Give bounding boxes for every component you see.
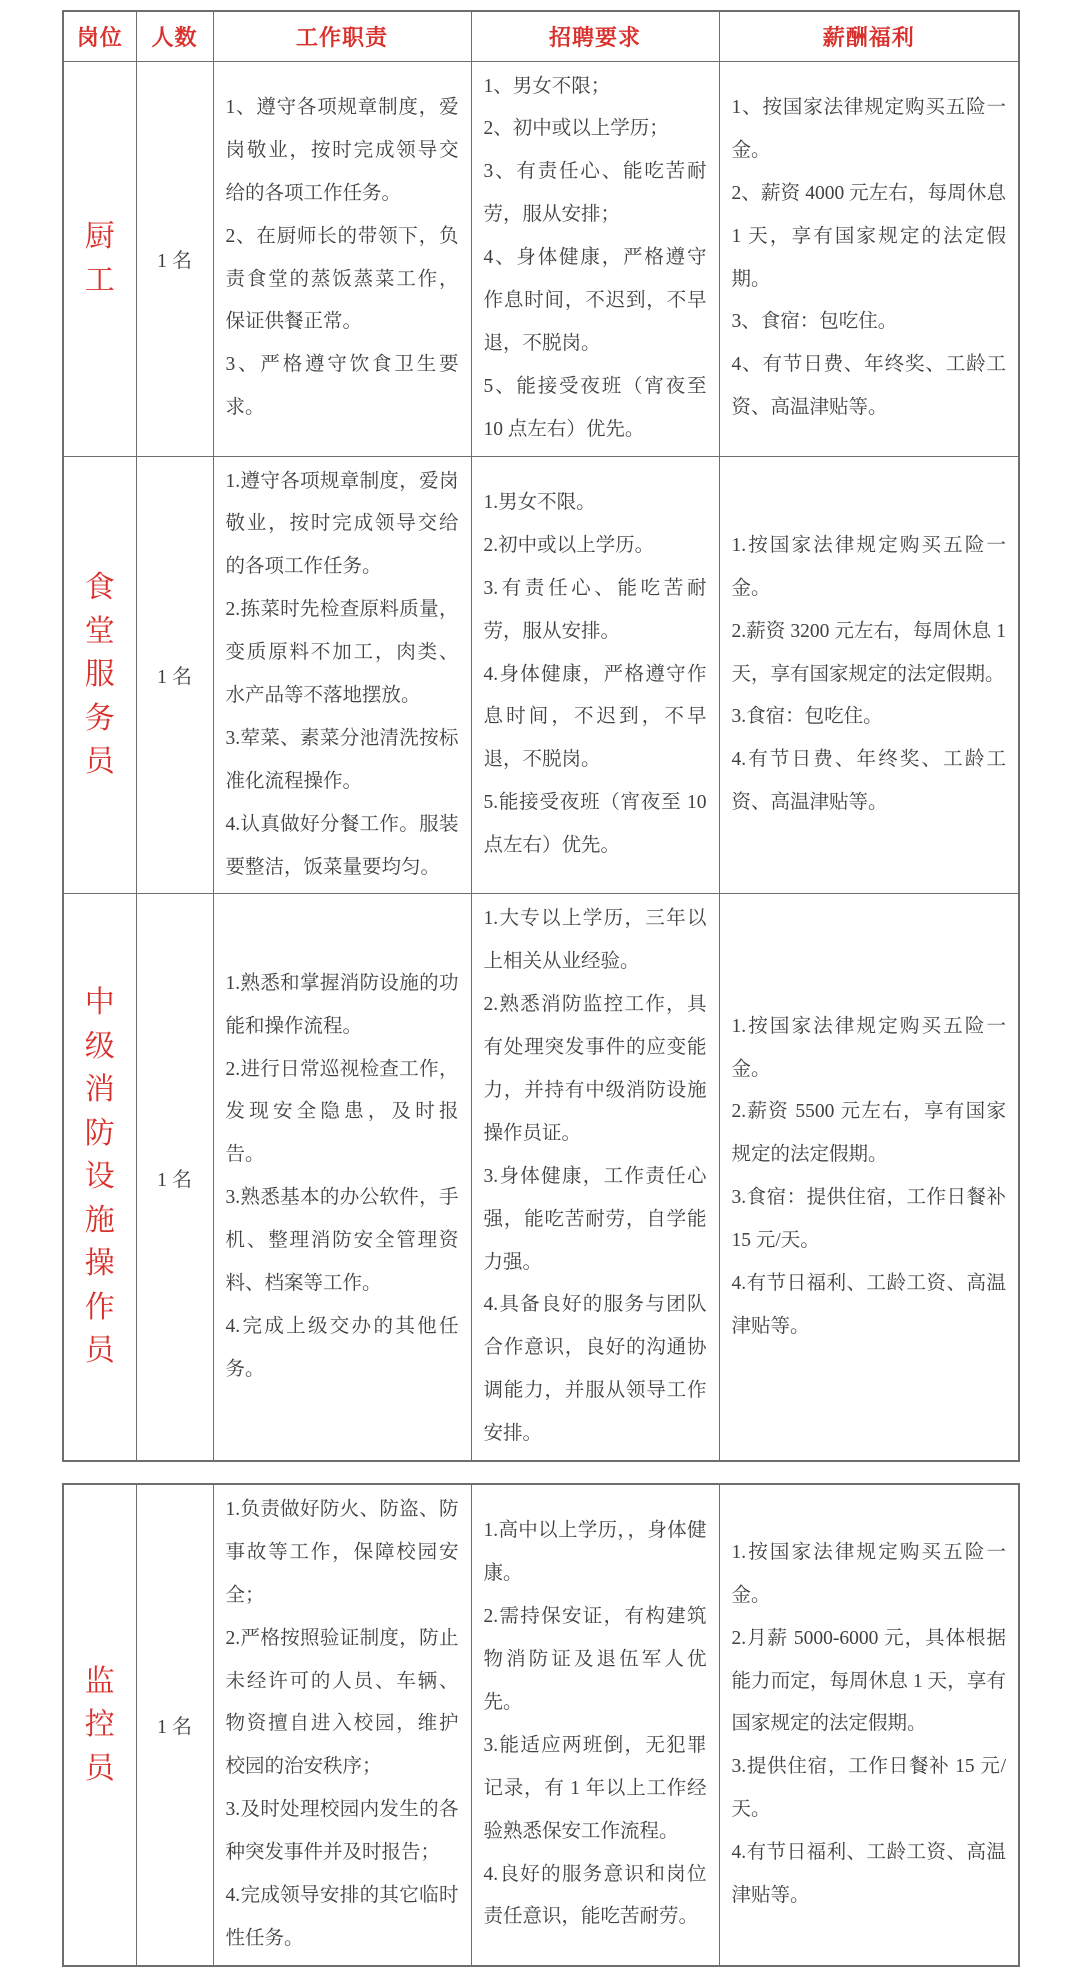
position-cell: 监控员 (63, 1484, 136, 1966)
cell-paragraph: 3.提供住宿，工作日餐补 15 元/天。 (732, 1746, 1007, 1832)
benefits-cell: 1.按国家法律规定购买五险一金。2.薪资 3200 元左右，每周休息 1 天，享… (719, 456, 1019, 894)
cell-paragraph: 2、薪资 4000 元左右，每周休息 1 天，享有国家规定的法定假期。 (732, 173, 1007, 302)
cell-paragraph: 2.薪资 3200 元左右，每周休息 1 天，享有国家规定的法定假期。 (732, 611, 1007, 697)
count-cell: 1 名 (136, 894, 213, 1461)
recruitment-table-1: 岗位 人数 工作职责 招聘要求 薪酬福利 厨工 1 名 1、遵守各项规章制度，爱… (62, 10, 1020, 1462)
benefits-cell: 1.按国家法律规定购买五险一金。2.薪资 5500 元左右，享有国家规定的法定假… (719, 894, 1019, 1461)
cell-paragraph: 1.男女不限。 (484, 482, 707, 525)
header-position: 岗位 (63, 11, 136, 61)
cell-paragraph: 2.月薪 5000-6000 元，具体根据能力而定，每周休息 1 天，享有国家规… (732, 1618, 1007, 1747)
count-cell: 1 名 (136, 61, 213, 456)
requirements-cell: 1、男女不限；2、初中或以上学历；3、有责任心、能吃苦耐劳，服从安排；4、身体健… (471, 61, 719, 456)
cell-paragraph: 2.需持保安证，有构建筑物消防证及退伍军人优先。 (484, 1596, 707, 1725)
cell-paragraph: 1.遵守各项规章制度，爱岗敬业，按时完成领导交给的各项工作任务。 (226, 461, 459, 590)
position-label: 监控员 (83, 1660, 117, 1791)
cell-paragraph: 1、男女不限； (484, 66, 707, 109)
cell-paragraph: 2.进行日常巡视检查工作，发现安全隐患，及时报告。 (226, 1049, 459, 1178)
table-row: 监控员 1 名 1.负责做好防火、防盗、防事故等工作，保障校园安全；2.严格按照… (63, 1484, 1019, 1966)
cell-paragraph: 3.能适应两班倒，无犯罪记录，有 1 年以上工作经验熟悉保安工作流程。 (484, 1725, 707, 1854)
benefits-cell: 1、按国家法律规定购买五险一金。2、薪资 4000 元左右，每周休息 1 天，享… (719, 61, 1019, 456)
requirements-cell: 1.男女不限。2.初中或以上学历。3.有责任心、能吃苦耐劳，服从安排。4.身体健… (471, 456, 719, 894)
cell-paragraph: 3、食宿：包吃住。 (732, 301, 1007, 344)
cell-paragraph: 3.荤菜、素菜分池清洗按标准化流程操作。 (226, 718, 459, 804)
header-count: 人数 (136, 11, 213, 61)
header-duties: 工作职责 (213, 11, 471, 61)
cell-paragraph: 2.熟悉消防监控工作，具有处理突发事件的应变能力，并持有中级消防设施操作员证。 (484, 984, 707, 1156)
position-cell: 厨工 (63, 61, 136, 456)
cell-paragraph: 3.及时处理校园内发生的各种突发事件并及时报告； (226, 1789, 459, 1875)
table-gap (62, 1462, 1018, 1483)
position-label: 中级消防设施操作员 (83, 981, 117, 1373)
position-cell: 食堂服务员 (63, 456, 136, 894)
duties-cell: 1、遵守各项规章制度，爱岗敬业，按时完成领导交给的各项工作任务。2、在厨师长的带… (213, 61, 471, 456)
recruitment-page: 岗位 人数 工作职责 招聘要求 薪酬福利 厨工 1 名 1、遵守各项规章制度，爱… (0, 0, 1080, 1981)
cell-paragraph: 2.拣菜时先检查原料质量，变质原料不加工，肉类、水产品等不落地摆放。 (226, 589, 459, 718)
cell-paragraph: 4.有节日福利、工龄工资、高温津贴等。 (732, 1263, 1007, 1349)
duties-cell: 1.熟悉和掌握消防设施的功能和操作流程。2.进行日常巡视检查工作，发现安全隐患，… (213, 894, 471, 1461)
header-row: 岗位 人数 工作职责 招聘要求 薪酬福利 (63, 11, 1019, 61)
requirements-cell: 1.高中以上学历，，身体健康。2.需持保安证，有构建筑物消防证及退伍军人优先。3… (471, 1484, 719, 1966)
cell-paragraph: 5、能接受夜班（宵夜至 10 点左右）优先。 (484, 366, 707, 452)
cell-paragraph: 4.具备良好的服务与团队合作意识，良好的沟通协调能力，并服从领导工作安排。 (484, 1284, 707, 1456)
cell-paragraph: 4.认真做好分餐工作。服装要整洁，饭菜量要均匀。 (226, 804, 459, 890)
cell-paragraph: 2.严格按照验证制度，防止未经许可的人员、车辆、物资擅自进入校园，维护校园的治安… (226, 1618, 459, 1790)
duties-cell: 1.遵守各项规章制度，爱岗敬业，按时完成领导交给的各项工作任务。2.拣菜时先检查… (213, 456, 471, 894)
cell-paragraph: 1.大专以上学历，三年以上相关从业经验。 (484, 898, 707, 984)
header-requirements: 招聘要求 (471, 11, 719, 61)
cell-paragraph: 1.按国家法律规定购买五险一金。 (732, 1532, 1007, 1618)
cell-paragraph: 4、有节日费、年终奖、工龄工资、高温津贴等。 (732, 344, 1007, 430)
cell-paragraph: 1.高中以上学历，，身体健康。 (484, 1510, 707, 1596)
cell-paragraph: 3.熟悉基本的办公软件，手机、整理消防安全管理资料、档案等工作。 (226, 1177, 459, 1306)
cell-paragraph: 1、遵守各项规章制度，爱岗敬业，按时完成领导交给的各项工作任务。 (226, 87, 459, 216)
cell-paragraph: 3.身体健康，工作责任心强，能吃苦耐劳，自学能力强。 (484, 1156, 707, 1285)
cell-paragraph: 4、身体健康，严格遵守作息时间，不迟到，不早退，不脱岗。 (484, 237, 707, 366)
benefits-cell: 1.按国家法律规定购买五险一金。2.月薪 5000-6000 元，具体根据能力而… (719, 1484, 1019, 1966)
cell-paragraph: 5.能接受夜班（宵夜至 10 点左右）优先。 (484, 782, 707, 868)
cell-paragraph: 2.初中或以上学历。 (484, 525, 707, 568)
cell-paragraph: 4.良好的服务意识和岗位责任意识，能吃苦耐劳。 (484, 1854, 707, 1940)
cell-paragraph: 1.按国家法律规定购买五险一金。 (732, 1006, 1007, 1092)
duties-cell: 1.负责做好防火、防盗、防事故等工作，保障校园安全；2.严格按照验证制度，防止未… (213, 1484, 471, 1966)
cell-paragraph: 4.身体健康，严格遵守作息时间，不迟到，不早退，不脱岗。 (484, 654, 707, 783)
cell-paragraph: 1、按国家法律规定购买五险一金。 (732, 87, 1007, 173)
cell-paragraph: 1.熟悉和掌握消防设施的功能和操作流程。 (226, 963, 459, 1049)
recruitment-table-2: 监控员 1 名 1.负责做好防火、防盗、防事故等工作，保障校园安全；2.严格按照… (62, 1483, 1020, 1967)
cell-paragraph: 4.有节日费、年终奖、工龄工资、高温津贴等。 (732, 739, 1007, 825)
cell-paragraph: 3.食宿：包吃住。 (732, 696, 1007, 739)
cell-paragraph: 3、有责任心、能吃苦耐劳，服从安排； (484, 151, 707, 237)
cell-paragraph: 1.负责做好防火、防盗、防事故等工作，保障校园安全； (226, 1489, 459, 1618)
count-cell: 1 名 (136, 456, 213, 894)
position-cell: 中级消防设施操作员 (63, 894, 136, 1461)
header-benefits: 薪酬福利 (719, 11, 1019, 61)
table-row: 中级消防设施操作员 1 名 1.熟悉和掌握消防设施的功能和操作流程。2.进行日常… (63, 894, 1019, 1461)
cell-paragraph: 2、初中或以上学历； (484, 108, 707, 151)
position-label: 厨工 (83, 215, 117, 302)
cell-paragraph: 1.按国家法律规定购买五险一金。 (732, 525, 1007, 611)
cell-paragraph: 3.食宿：提供住宿，工作日餐补 15 元/天。 (732, 1177, 1007, 1263)
cell-paragraph: 4.完成领导安排的其它临时性任务。 (226, 1875, 459, 1961)
cell-paragraph: 3、严格遵守饮食卫生要求。 (226, 344, 459, 430)
cell-paragraph: 4.有节日福利、工龄工资、高温津贴等。 (732, 1832, 1007, 1918)
table-row: 食堂服务员 1 名 1.遵守各项规章制度，爱岗敬业，按时完成领导交给的各项工作任… (63, 456, 1019, 894)
cell-paragraph: 4.完成上级交办的其他任务。 (226, 1306, 459, 1392)
table-row: 厨工 1 名 1、遵守各项规章制度，爱岗敬业，按时完成领导交给的各项工作任务。2… (63, 61, 1019, 456)
requirements-cell: 1.大专以上学历，三年以上相关从业经验。2.熟悉消防监控工作，具有处理突发事件的… (471, 894, 719, 1461)
cell-paragraph: 2.薪资 5500 元左右，享有国家规定的法定假期。 (732, 1091, 1007, 1177)
cell-paragraph: 2、在厨师长的带领下，负责食堂的蒸饭蒸菜工作，保证供餐正常。 (226, 216, 459, 345)
count-cell: 1 名 (136, 1484, 213, 1966)
cell-paragraph: 3.有责任心、能吃苦耐劳，服从安排。 (484, 568, 707, 654)
position-label: 食堂服务员 (83, 566, 117, 784)
